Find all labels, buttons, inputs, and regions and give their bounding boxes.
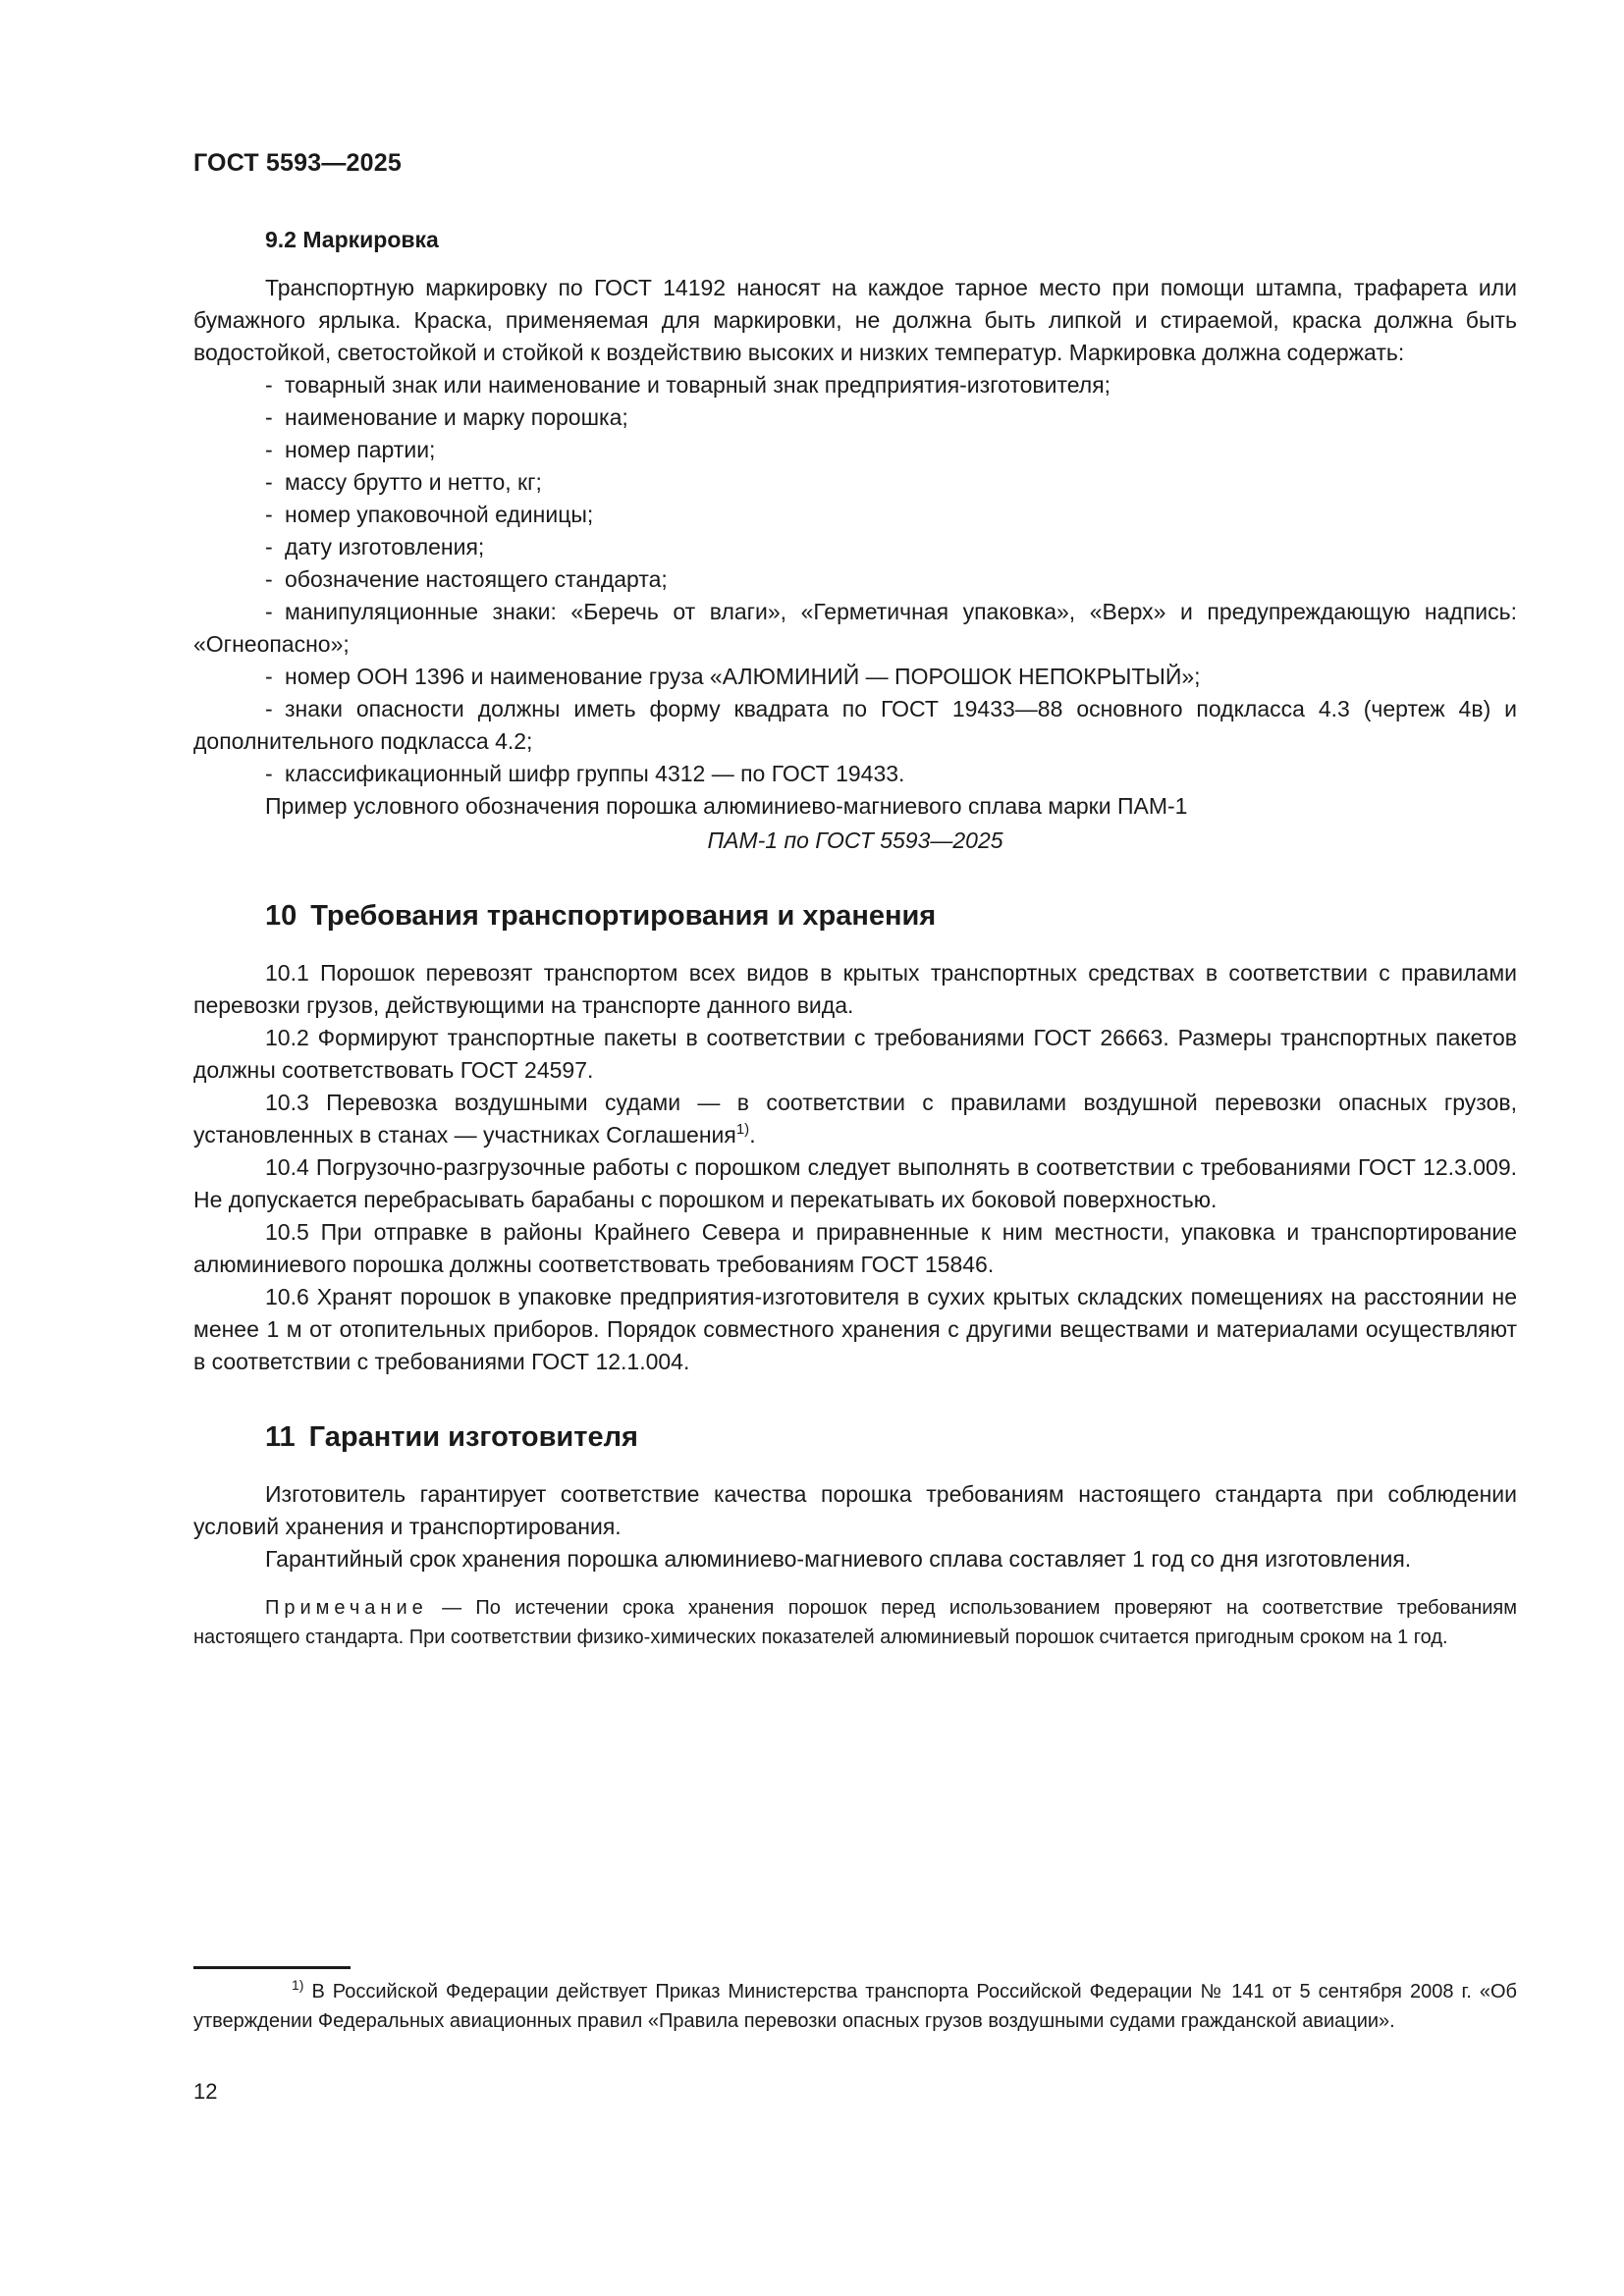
footnote-marker: 1): [292, 1977, 303, 1993]
section-title-10: 10Требования транспортирования и хранени…: [265, 898, 1517, 934]
designation-example: ПАМ-1 по ГОСТ 5593—2025: [193, 825, 1517, 857]
document-header: ГОСТ 5593—2025: [193, 149, 402, 178]
section-number: 11: [265, 1421, 296, 1453]
paragraph-11-shelf-life: Гарантийный срок хранения порошка алюмин…: [193, 1543, 1517, 1575]
list-item: -классификационный шифр группы 4312 — по…: [193, 758, 1517, 790]
paragraph-10-4: 10.4 Погрузочно-разгрузочные работы с по…: [193, 1151, 1517, 1216]
dash-marker: -: [265, 401, 285, 434]
list-item: -товарный знак или наименование и товарн…: [193, 369, 1517, 401]
section-heading: Требования транспортирования и хранения: [310, 900, 936, 932]
paragraph-10-2: 10.2 Формируют транспортные пакеты в соо…: [193, 1022, 1517, 1087]
dash-marker: -: [265, 758, 285, 790]
footnotes: 1) В Российской Федерации действует Прик…: [193, 1977, 1517, 2036]
list-item: -знаки опасности должны иметь форму квад…: [193, 693, 1517, 758]
footnote-text: В Российской Федерации действует Приказ …: [193, 1981, 1517, 2032]
dash-marker: -: [265, 661, 285, 693]
subsection-title-9-2: 9.2 Маркировка: [265, 224, 1517, 256]
paragraph-11-guarantee: Изготовитель гарантирует соответствие ка…: [193, 1478, 1517, 1543]
list-item: -наименование и марку порошка;: [193, 401, 1517, 434]
footnote-1: 1) В Российской Федерации действует Прик…: [193, 1977, 1517, 2036]
dash-marker: -: [265, 499, 285, 531]
dash-marker: -: [265, 693, 285, 725]
paragraph-marking-intro: Транспортную маркировку по ГОСТ 14192 на…: [193, 272, 1517, 369]
paragraph-10-3: 10.3 Перевозка воздушными судами — в соо…: [193, 1087, 1517, 1151]
footnote-reference[interactable]: 1): [736, 1121, 749, 1138]
list-item: -дату изготовления;: [193, 531, 1517, 563]
page-number: 12: [193, 2079, 217, 2105]
footnote-separator: [193, 1966, 351, 1969]
paragraph-10-6: 10.6 Хранят порошок в упаковке предприят…: [193, 1281, 1517, 1378]
section-title-11: 11Гарантии изготовителя: [265, 1419, 1517, 1455]
note-label: Примечание: [265, 1597, 428, 1619]
marking-list: -товарный знак или наименование и товарн…: [193, 369, 1517, 790]
dash-marker: -: [265, 466, 285, 499]
dash-marker: -: [265, 596, 285, 628]
section-heading: Гарантии изготовителя: [309, 1421, 638, 1453]
dash-marker: -: [265, 563, 285, 596]
list-item: -номер упаковочной единицы;: [193, 499, 1517, 531]
paragraph-example-intro: Пример условного обозначения порошка алю…: [193, 790, 1517, 823]
note: Примечание — По истечении срока хранения…: [193, 1593, 1517, 1652]
paragraph-10-5: 10.5 При отправке в районы Крайнего Севе…: [193, 1216, 1517, 1281]
dash-marker: -: [265, 369, 285, 401]
dash-marker: -: [265, 434, 285, 466]
list-item: -обозначение настоящего стандарта;: [193, 563, 1517, 596]
list-item: -номер партии;: [193, 434, 1517, 466]
page-content: 9.2 Маркировка Транспортную маркировку п…: [193, 224, 1517, 1652]
dash-marker: -: [265, 531, 285, 563]
paragraph-10-1: 10.1 Порошок перевозят транспортом всех …: [193, 957, 1517, 1022]
list-item: -манипуляционные знаки: «Беречь от влаги…: [193, 596, 1517, 661]
list-item: -номер ООН 1396 и наименование груза «АЛ…: [193, 661, 1517, 693]
list-item: -массу брутто и нетто, кг;: [193, 466, 1517, 499]
section-number: 10: [265, 900, 297, 932]
